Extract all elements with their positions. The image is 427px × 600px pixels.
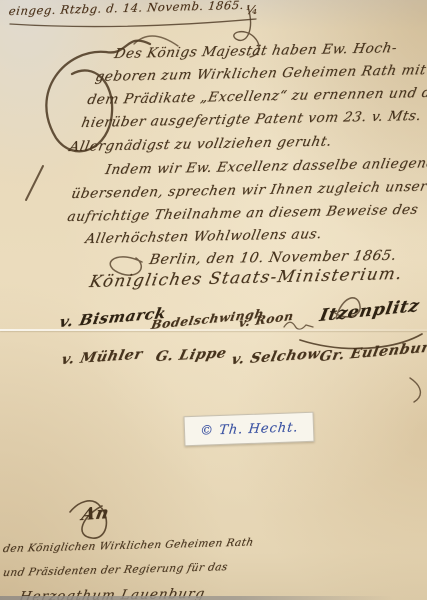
body-line: hierüber ausgefertigte Patent vom 23. v.… bbox=[80, 108, 423, 131]
body-line: geboren zum Wirklichen Geheimen Rath mit bbox=[94, 62, 427, 85]
receipt-fraction: ¼ bbox=[246, 3, 258, 17]
signature: Itzenplitz bbox=[318, 296, 421, 326]
header-underline bbox=[10, 19, 256, 27]
body-line: Indem wir Ew. Excellenz dasselbe anliege… bbox=[104, 155, 427, 178]
body-line: Allerhöchsten Wohlwollens aus. bbox=[84, 226, 324, 247]
copyright-label: © Th. Hecht. bbox=[184, 412, 315, 447]
letter-page: eingeg. Rtzbg. d. 14. Novemb. 1865. ¼ De… bbox=[0, 0, 427, 600]
signature: v. Mühler bbox=[60, 347, 144, 368]
body-line: aufrichtige Theilnahme an diesem Beweise… bbox=[66, 202, 420, 225]
signature: G. Lippe bbox=[154, 345, 228, 365]
body-line: Allergnädigst zu vollziehen geruht. bbox=[68, 134, 333, 155]
body-line: übersenden, sprechen wir Ihnen zugleich … bbox=[70, 178, 427, 202]
scan-edge bbox=[0, 596, 427, 600]
receipt-note: eingeg. Rtzbg. d. 14. Novemb. 1865. bbox=[8, 0, 245, 18]
margin-slash bbox=[26, 166, 43, 200]
signature: Gr. Eulenburg bbox=[318, 339, 427, 365]
address-salute: An bbox=[80, 503, 111, 525]
signature: v. Selchow bbox=[230, 346, 322, 368]
issuer-line: Königliches Staats-Ministerium. bbox=[88, 264, 405, 291]
eulenburg-tail bbox=[410, 378, 420, 402]
copyright-label-text: © Th. Hecht. bbox=[199, 420, 299, 439]
body-line: Des Königs Majestät haben Ew. Hoch- bbox=[113, 40, 399, 62]
address-line: den Königlichen Wirklichen Geheimen Rath bbox=[2, 536, 255, 555]
body-line: dem Prädikate „Excellenz“ zu ernennen un… bbox=[86, 84, 427, 108]
address-line: und Präsidenten der Regierung für das bbox=[2, 561, 229, 579]
